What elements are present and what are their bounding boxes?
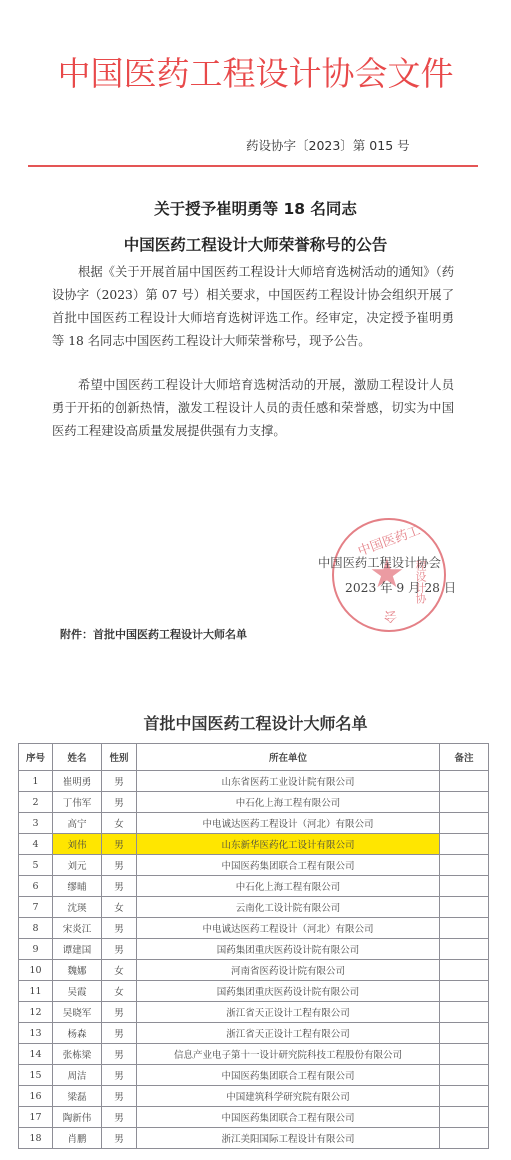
roster-table: 序号 姓名 性别 所在单位 备注 1崔明勇男山东省医药工业设计院有限公司 2丁伟…	[18, 743, 489, 1149]
attachment-label: 附件：首批中国医药工程设计大师名单	[60, 626, 247, 642]
cell-unit: 中石化上海工程有限公司	[137, 792, 440, 813]
cell-gender: 男	[102, 918, 137, 939]
cell-gender: 男	[102, 1065, 137, 1086]
cell-unit: 中国医药集团联合工程有限公司	[137, 1065, 440, 1086]
cell-note	[440, 1002, 489, 1023]
cell-index: 5	[19, 855, 53, 876]
cell-gender: 男	[102, 792, 137, 813]
table-row: 17陶新伟男中国医药集团联合工程有限公司	[19, 1107, 489, 1128]
cell-note	[440, 1044, 489, 1065]
cell-index: 17	[19, 1107, 53, 1128]
cell-unit: 中国医药集团联合工程有限公司	[137, 855, 440, 876]
seal-text-bottom: 会	[384, 608, 397, 627]
cell-note	[440, 855, 489, 876]
cell-gender: 男	[102, 771, 137, 792]
cell-index: 4	[19, 834, 53, 855]
cell-gender: 男	[102, 1044, 137, 1065]
cell-name: 宋炎江	[53, 918, 102, 939]
cell-index: 8	[19, 918, 53, 939]
table-row: 7沈瑛女云南化工设计院有限公司	[19, 897, 489, 918]
table-row: 10魏娜女河南省医药设计院有限公司	[19, 960, 489, 981]
cell-note	[440, 939, 489, 960]
cell-unit: 浙江美阳国际工程设计有限公司	[137, 1128, 440, 1149]
cell-name: 周洁	[53, 1065, 102, 1086]
table-row-highlighted: 4刘伟男山东新华医药化工设计有限公司	[19, 834, 489, 855]
cell-unit: 浙江省天正设计工程有限公司	[137, 1023, 440, 1044]
cell-index: 11	[19, 981, 53, 1002]
masthead-title: 中国医药工程设计协会文件	[0, 48, 511, 95]
official-seal-icon: ★ 中国医药工 程设计协 会	[332, 518, 446, 632]
cell-unit: 中国建筑科学研究院有限公司	[137, 1086, 440, 1107]
cell-name: 高宁	[53, 813, 102, 834]
table-row: 8宋炎江男中电诚达医药工程设计（河北）有限公司	[19, 918, 489, 939]
table-row: 2丁伟军男中石化上海工程有限公司	[19, 792, 489, 813]
cell-name: 梁磊	[53, 1086, 102, 1107]
signing-date: 2023 年 9 月 28 日	[345, 578, 456, 596]
table-row: 1崔明勇男山东省医药工业设计院有限公司	[19, 771, 489, 792]
cell-gender: 男	[102, 1023, 137, 1044]
cell-unit: 中电诚达医药工程设计（河北）有限公司	[137, 918, 440, 939]
cell-note	[440, 1086, 489, 1107]
cell-name: 吴霞	[53, 981, 102, 1002]
roster-header-row: 序号 姓名 性别 所在单位 备注	[19, 744, 489, 771]
cell-name: 崔明勇	[53, 771, 102, 792]
cell-note	[440, 1128, 489, 1149]
cell-unit: 浙江省天正设计工程有限公司	[137, 1002, 440, 1023]
signing-organization: 中国医药工程设计协会	[318, 553, 441, 571]
cell-unit: 山东省医药工业设计院有限公司	[137, 771, 440, 792]
cell-gender: 女	[102, 813, 137, 834]
cell-note	[440, 1023, 489, 1044]
cell-note	[440, 771, 489, 792]
cell-gender: 女	[102, 960, 137, 981]
cell-index: 14	[19, 1044, 53, 1065]
cell-index: 13	[19, 1023, 53, 1044]
cell-note	[440, 792, 489, 813]
table-row: 14张栋梁男信息产业电子第十一设计研究院科技工程股份有限公司	[19, 1044, 489, 1065]
table-row: 11吴霞女国药集团重庆医药设计院有限公司	[19, 981, 489, 1002]
table-row: 9谭建国男国药集团重庆医药设计院有限公司	[19, 939, 489, 960]
cell-index: 15	[19, 1065, 53, 1086]
announcement-title-line1: 关于授予崔明勇等 18 名同志	[0, 197, 511, 219]
cell-gender: 男	[102, 1086, 137, 1107]
cell-note	[440, 813, 489, 834]
table-row: 18肖鹏男浙江美阳国际工程设计有限公司	[19, 1128, 489, 1149]
table-row: 5刘元男中国医药集团联合工程有限公司	[19, 855, 489, 876]
cell-gender: 男	[102, 834, 137, 855]
cell-unit: 中石化上海工程有限公司	[137, 876, 440, 897]
cell-index: 7	[19, 897, 53, 918]
cell-index: 10	[19, 960, 53, 981]
red-divider	[28, 165, 478, 167]
cell-gender: 男	[102, 876, 137, 897]
cell-name: 谭建国	[53, 939, 102, 960]
cell-gender: 男	[102, 1107, 137, 1128]
cell-unit: 山东新华医药化工设计有限公司	[137, 834, 440, 855]
cell-note	[440, 876, 489, 897]
table-row: 3高宁女中电诚达医药工程设计（河北）有限公司	[19, 813, 489, 834]
announcement-title-line2: 中国医药工程设计大师荣誉称号的公告	[0, 233, 511, 255]
table-row: 15周洁男中国医药集团联合工程有限公司	[19, 1065, 489, 1086]
cell-gender: 男	[102, 855, 137, 876]
cell-note	[440, 981, 489, 1002]
cell-name: 杨森	[53, 1023, 102, 1044]
cell-name: 肖鹏	[53, 1128, 102, 1149]
column-header-unit: 所在单位	[137, 744, 440, 771]
roster-title: 首批中国医药工程设计大师名单	[0, 711, 511, 734]
cell-note	[440, 1065, 489, 1086]
cell-name: 沈瑛	[53, 897, 102, 918]
cell-unit: 中国医药集团联合工程有限公司	[137, 1107, 440, 1128]
column-header-note: 备注	[440, 744, 489, 771]
cell-gender: 女	[102, 897, 137, 918]
cell-name: 缪晡	[53, 876, 102, 897]
document-number: 药设协字〔2023〕第 015 号	[246, 136, 410, 154]
cell-index: 2	[19, 792, 53, 813]
cell-unit: 信息产业电子第十一设计研究院科技工程股份有限公司	[137, 1044, 440, 1065]
cell-index: 16	[19, 1086, 53, 1107]
cell-name: 张栋梁	[53, 1044, 102, 1065]
cell-name: 刘伟	[53, 834, 102, 855]
column-header-gender: 性别	[102, 744, 137, 771]
cell-gender: 男	[102, 1002, 137, 1023]
cell-note	[440, 834, 489, 855]
cell-name: 刘元	[53, 855, 102, 876]
cell-unit: 中电诚达医药工程设计（河北）有限公司	[137, 813, 440, 834]
cell-index: 12	[19, 1002, 53, 1023]
column-header-index: 序号	[19, 744, 53, 771]
cell-note	[440, 918, 489, 939]
cell-gender: 男	[102, 1128, 137, 1149]
cell-index: 1	[19, 771, 53, 792]
table-row: 12吴晓军男浙江省天正设计工程有限公司	[19, 1002, 489, 1023]
cell-gender: 女	[102, 981, 137, 1002]
table-row: 6缪晡男中石化上海工程有限公司	[19, 876, 489, 897]
cell-unit: 国药集团重庆医药设计院有限公司	[137, 939, 440, 960]
column-header-name: 姓名	[53, 744, 102, 771]
cell-index: 9	[19, 939, 53, 960]
cell-name: 魏娜	[53, 960, 102, 981]
cell-name: 丁伟军	[53, 792, 102, 813]
cell-index: 18	[19, 1128, 53, 1149]
table-row: 13杨森男浙江省天正设计工程有限公司	[19, 1023, 489, 1044]
cell-unit: 国药集团重庆医药设计院有限公司	[137, 981, 440, 1002]
announcement-paragraph-2: 希望中国医药工程设计大师培育选树活动的开展，激励工程设计人员勇于开拓的创新热情，…	[52, 374, 454, 443]
cell-note	[440, 897, 489, 918]
cell-note	[440, 960, 489, 981]
cell-index: 3	[19, 813, 53, 834]
table-row: 16梁磊男中国建筑科学研究院有限公司	[19, 1086, 489, 1107]
cell-unit: 河南省医药设计院有限公司	[137, 960, 440, 981]
announcement-paragraph-1: 根据《关于开展首届中国医药工程设计大师培育选树活动的通知》（药设协字（2023）…	[52, 261, 454, 353]
cell-gender: 男	[102, 939, 137, 960]
cell-note	[440, 1107, 489, 1128]
cell-name: 吴晓军	[53, 1002, 102, 1023]
cell-name: 陶新伟	[53, 1107, 102, 1128]
cell-index: 6	[19, 876, 53, 897]
cell-unit: 云南化工设计院有限公司	[137, 897, 440, 918]
